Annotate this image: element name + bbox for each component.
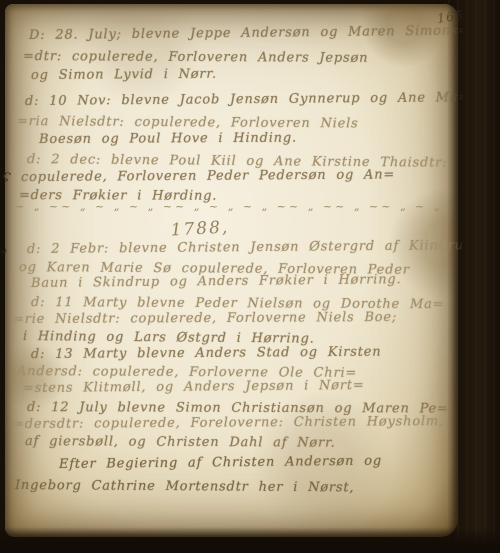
- manuscript-line: af giersbøll, og Christen Dahl af Nørr.: [25, 434, 336, 451]
- manuscript-line: d: 13 Marty blevne Anders Stad og Kirste…: [31, 345, 382, 362]
- manuscript-line: d: 2 Febr: blevne Christen Jensøn Østerg…: [27, 238, 473, 257]
- book-spine-shadow: [448, 0, 500, 553]
- margin-ink-mark-icon: ς: [1, 167, 12, 183]
- manuscript-line: Baun i Skindrup og Anders Frøkier i Hørr…: [31, 272, 402, 291]
- photo-bottom-shadow: [0, 527, 500, 553]
- manuscript-line: D: 28. July; blevne Jeppe Andersøn og Ma…: [29, 23, 470, 43]
- manuscript-line: =ria Nielsdtr: copulerede, Forloveren Ni…: [17, 114, 359, 131]
- manuscript-line: =stens Klitmøll, og Anders Jepsøn i Nørt…: [23, 378, 365, 396]
- manuscript-line: =dersdtr: copulerede, Foreloverne: Chris…: [13, 414, 444, 432]
- paper-sheet: 165 D: 28. July; blevne Jeppe Andersøn o…: [5, 4, 458, 537]
- manuscript-line: Boesøn og Poul Hove i Hinding.: [39, 131, 297, 147]
- section-divider: ~ „ ~~ „ ~ „ ~ „ ~~ „ ~ „ ~ „ ~~ „ ~~ „ …: [15, 200, 453, 213]
- manuscript-line: copulerede, Forloveren Peder Pedersøn og…: [21, 167, 395, 185]
- manuscript-line: Ingeborg Cathrine Mortensdtr her i Nørst…: [15, 478, 354, 495]
- margin-tick-mark-icon: ›: [0, 244, 11, 259]
- manuscript-line: d: 10 Nov: blevne Jacob Jensøn Gynnerup …: [25, 90, 470, 109]
- manuscript-line: i Hinding og Lars Østgrd i Hørring.: [23, 329, 315, 347]
- manuscript-line: og Simon Lyvid i Nørr.: [31, 67, 217, 83]
- manuscript-line: =rie Nielsdtr: copulerede, Forloverne Ni…: [13, 310, 397, 327]
- scanned-register-page: 165 D: 28. July; blevne Jeppe Andersøn o…: [0, 0, 500, 553]
- manuscript-line: Efter Begiering af Christen Andersøn og: [59, 454, 382, 472]
- manuscript-line: =dtr: copulerede, Forloveren Anders Jeps…: [23, 49, 368, 66]
